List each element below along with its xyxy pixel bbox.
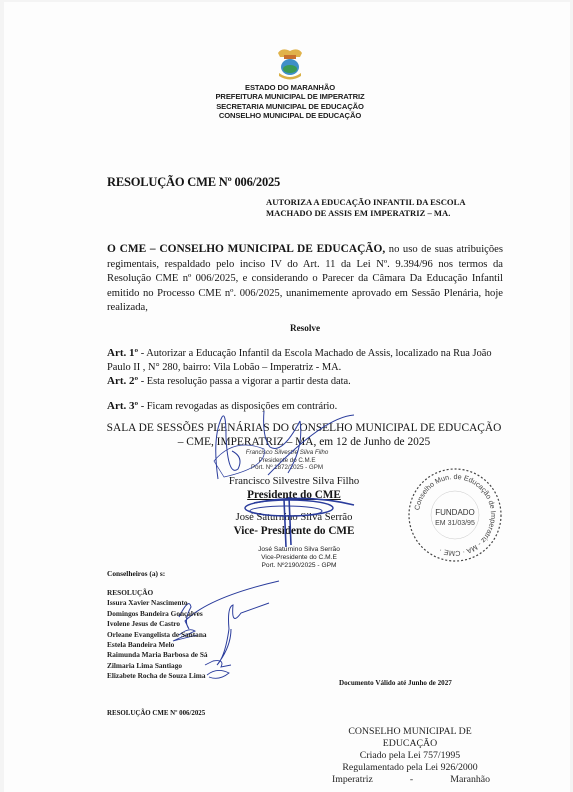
article-label: Art. 1º [107, 347, 138, 359]
article-label: Art. 2º [107, 375, 138, 387]
councillors-label: Conselheiros (a) s: [107, 569, 165, 578]
councillor-name: Issura Xavier Nascimento [107, 598, 208, 608]
validity-note: Documento Válido até Junho de 2027 [339, 679, 452, 687]
article-text: - Esta resolução passa a vigorar a parti… [138, 376, 351, 387]
councillor-name: Zilmaria Lima Santiago [107, 661, 208, 671]
stamp-line: Criado pela Lei 757/1995 [320, 750, 500, 762]
stamp-state: Maranhão [450, 774, 490, 786]
vice-president-signature [234, 489, 364, 549]
councillor-name: Raimunda Maria Barbosa de Sá [107, 650, 208, 660]
article-text: - Autorizar a Educação Infantil da Escol… [107, 348, 492, 373]
svg-text:EM 31/03/95: EM 31/03/95 [435, 520, 475, 527]
councillor-name: Orleane Evangelista de Santana [107, 630, 208, 640]
summary-line-2: MACHADO DE ASSIS EM IMPERATRIZ – MA. [266, 208, 496, 219]
councillor-name: Estela Bandeira Melo [107, 640, 208, 650]
header-line-council: CONSELHO MUNICIPAL DE EDUCAÇÃO [154, 111, 426, 120]
article-2: Art. 2º - Esta resolução passa a vigorar… [107, 374, 507, 389]
article-1: Art. 1º - Autorizar a Educação Infantil … [107, 346, 507, 375]
summary-line-1: AUTORIZA A EDUCAÇÃO INFANTIL DA ESCOLA [266, 197, 496, 208]
councillor-name: Ivolene Jesus de Castro [107, 619, 208, 629]
stamp-line: Vice-Presidente do C.M.E [239, 554, 359, 562]
header-line-secretariat: SECRETARIA MUNICIPAL DE EDUCAÇÃO [154, 102, 426, 111]
institution-header: ESTADO DO MARANHÃO PREFEITURA MUNICIPAL … [154, 83, 426, 121]
intro-lead: O CME – CONSELHO MUNICIPAL DE EDUCAÇÃO, [107, 243, 385, 255]
stamp-separator: - [410, 774, 413, 786]
article-label: Art. 3º [107, 400, 138, 412]
foundation-seal-icon: Conselho Mun. de Educação de Imperatriz … [402, 465, 508, 565]
header-line-state: ESTADO DO MARANHÃO [154, 83, 426, 92]
document-page: ESTADO DO MARANHÃO PREFEITURA MUNICIPAL … [4, 2, 570, 792]
cme-footer-stamp: CONSELHO MUNICIPAL DE EDUCAÇÃO Criado pe… [320, 726, 500, 786]
resolution-title: RESOLUÇÃO CME Nº 006/2025 [107, 175, 280, 190]
councillor-name: Domingos Bandeira Gonçalves [107, 609, 208, 619]
stamp-city-line: Imperatriz - Maranhão [320, 774, 500, 786]
intro-paragraph: O CME – CONSELHO MUNICIPAL DE EDUCAÇÃO, … [107, 242, 503, 316]
councillor-name: Elizabete Rocha de Souza Lima [107, 671, 208, 681]
svg-text:FUNDADO: FUNDADO [435, 508, 475, 517]
stamp-city: Imperatriz [332, 774, 373, 786]
councillors-list: RESOLUÇÃO Issura Xavier Nascimento Domin… [107, 588, 208, 682]
vice-president-stamp: José Saturnino Silva Serrão Vice-Preside… [239, 546, 359, 571]
resolve-heading: Resolve [107, 323, 503, 333]
footer-resolution-ref: RESOLUÇÃO CME Nº 006/2025 [107, 710, 205, 717]
header-line-city-hall: PREFEITURA MUNICIPAL DE IMPERATRIZ [154, 92, 426, 101]
councillors-heading: RESOLUÇÃO [107, 588, 208, 598]
stamp-line: CONSELHO MUNICIPAL DE EDUCAÇÃO [320, 726, 500, 750]
coat-of-arms-icon [274, 47, 306, 81]
stamp-line: Port. Nº2190/2025 - GPM [239, 562, 359, 570]
stamp-line: Regulamentado pela Lei 926/2000 [320, 762, 500, 774]
resolution-summary: AUTORIZA A EDUCAÇÃO INFANTIL DA ESCOLA M… [266, 197, 496, 219]
